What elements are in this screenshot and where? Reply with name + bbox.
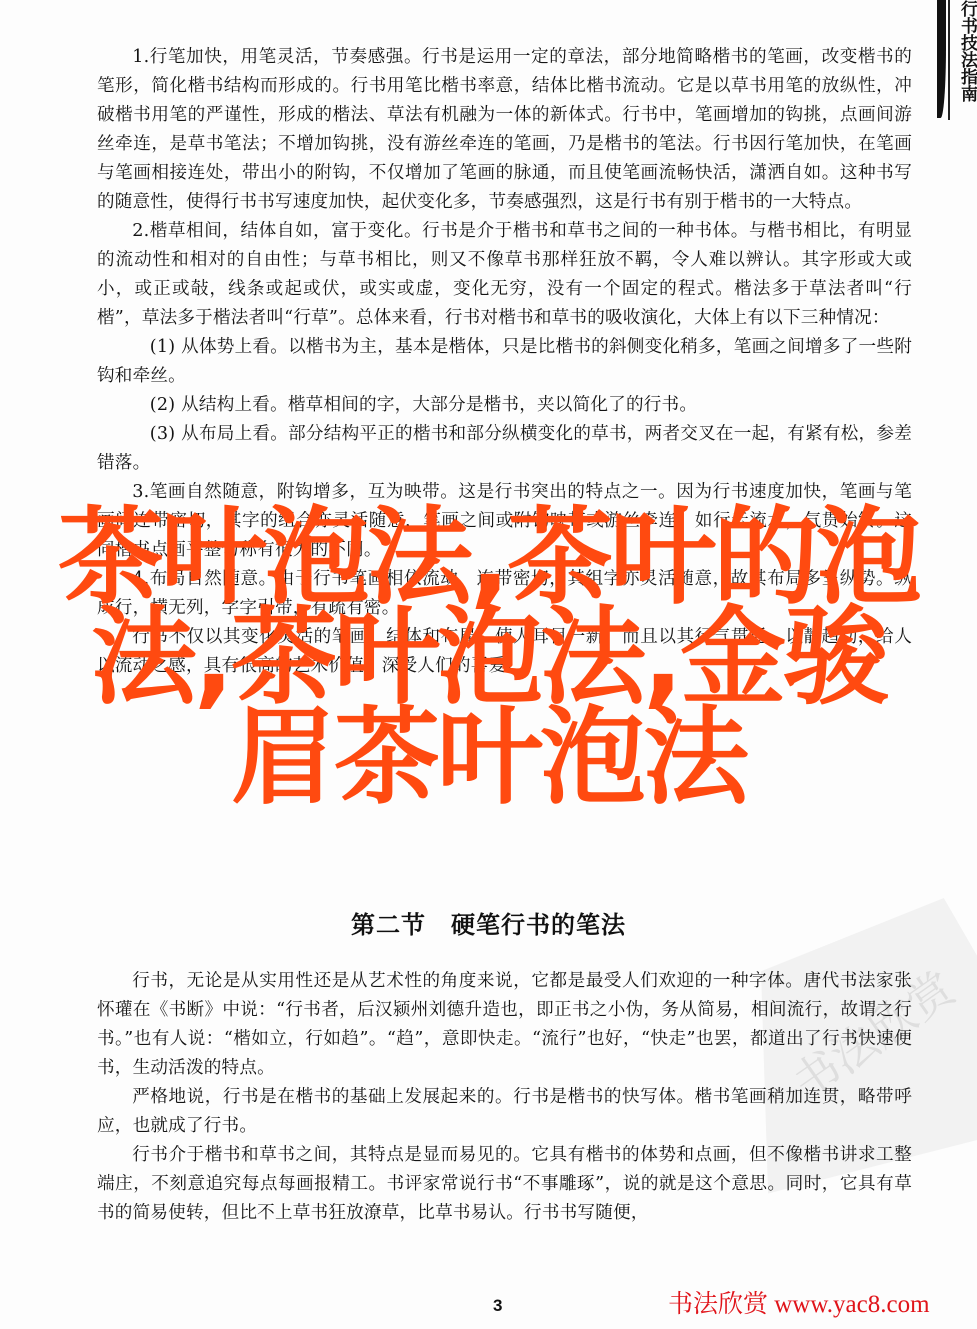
section-heading: 第二节 硬笔行书的笔法: [0, 905, 977, 940]
document-page: 行书技法指南 书法欣赏 1.行笔加快，用笔灵活，节奏感强。行书是运用一定的章法，…: [0, 0, 977, 1329]
paragraph-6: 行书，无论是从实用性还是从艺术性的角度来说，它都是最受人们欢迎的一种字体。唐代书…: [97, 967, 912, 1083]
overlay-line-2: 法,茶叶泡法,金骏: [0, 608, 977, 708]
overlay-line-1: 茶叶泡法,茶叶的泡: [0, 508, 977, 608]
spine-bar: [937, 0, 946, 118]
paragraph-2-3: (3) 从布局上看。部分结构平正的楷书和部分纵横变化的草书，两者交叉在一起，有紧…: [97, 420, 912, 478]
paragraph-1: 1.行笔加快，用笔灵活，节奏感强。行书是运用一定的章法，部分地简略楷书的笔画，改…: [97, 43, 912, 217]
paragraph-2-2: (2) 从结构上看。楷草相间的字，大部分是楷书，夹以简化了的行书。: [97, 391, 912, 420]
body-section-2: 行书，无论是从实用性还是从艺术性的角度来说，它都是最受人们欢迎的一种字体。唐代书…: [97, 967, 912, 1228]
paragraph-2: 2.楷草相间，结体自如，富于变化。行书是介于楷书和草书之间的一种书体。与楷书相比…: [97, 217, 912, 333]
overlay-title: 茶叶泡法,茶叶的泡 法,茶叶泡法,金骏 眉茶叶泡法: [0, 508, 977, 808]
page-number: 3: [493, 1296, 502, 1316]
paragraph-8: 行书介于楷书和草书之间，其特点是显而易见的。它具有楷书的体势和点画，但不像楷书讲…: [97, 1141, 912, 1228]
spine-rule: [948, 0, 950, 120]
book-title-vertical: 行书技法指南: [954, 0, 976, 102]
site-watermark: 书法欣赏 www.yac8.com: [668, 1284, 930, 1320]
paragraph-2-1: (1) 从体势上看。以楷书为主，基本是楷体，只是比楷书的斜侧变化稍多，笔画之间增…: [97, 333, 912, 391]
overlay-line-3: 眉茶叶泡法: [0, 708, 977, 808]
paragraph-7: 严格地说，行书是在楷书的基础上发展起来的。行书是楷书的快写体。楷书笔画稍加连贯，…: [97, 1083, 912, 1141]
